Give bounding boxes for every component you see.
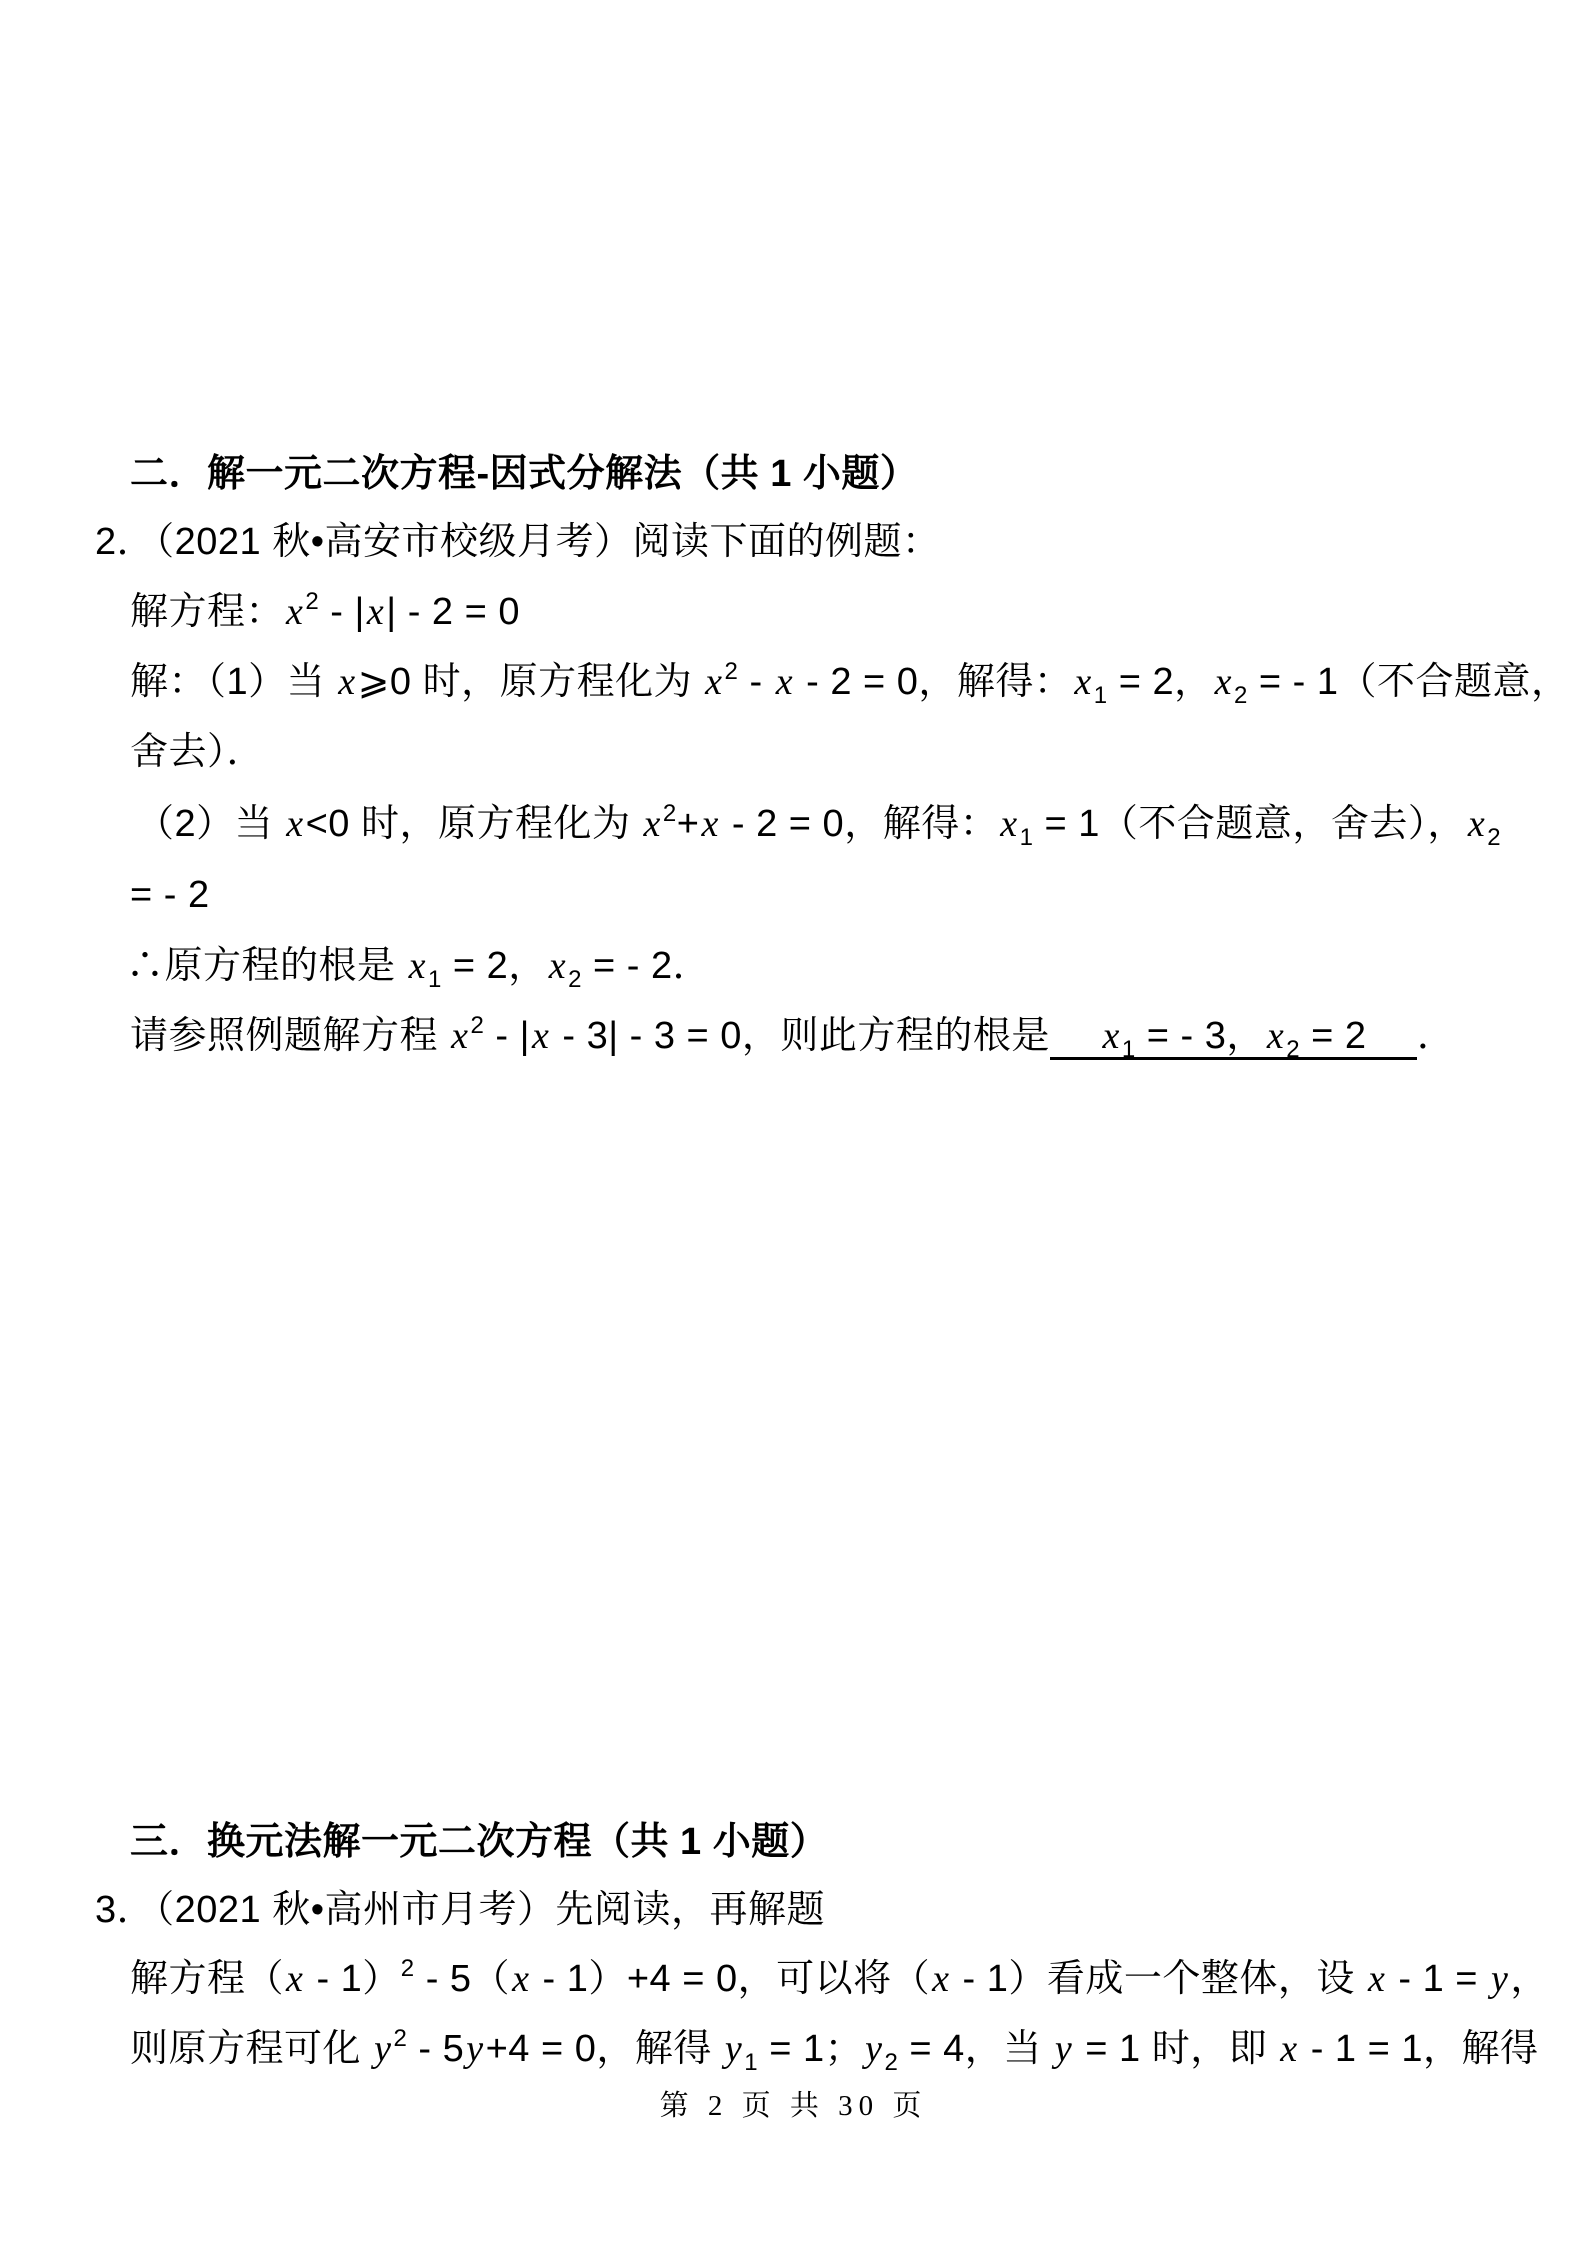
text-segment: （2）当 <box>136 803 284 845</box>
text-segment: <0 时，原方程化为 <box>306 803 642 845</box>
problem-2-conclusion: ∴原方程的根是 x1 = 2，x2 = - 2． <box>126 940 711 997</box>
math-variable: x <box>774 661 795 703</box>
text-segment: 解方程（ <box>130 1958 284 2000</box>
problem-3-body-line1: 解方程（x - 1）2 - 5（x - 1）+4 = 0，可以将（x - 1）看… <box>130 1953 1549 2010</box>
text-segment: = 2， <box>442 945 547 987</box>
superscript: 2 <box>393 2025 407 2052</box>
problem-2-solution-case2-cont: = - 2 <box>130 869 210 921</box>
text-segment: = 2， <box>1108 661 1213 703</box>
text-segment: = - 2． <box>582 945 711 987</box>
text-segment: - 5 <box>407 2028 464 2070</box>
text-segment: + <box>677 803 700 845</box>
problem-2-solution-case2: （2）当 x<0 时，原方程化为 x2+x - 2 = 0，解得：x1 = 1（… <box>136 798 1501 855</box>
subscript: 1 <box>1020 824 1034 851</box>
problem-2-intro: 2．（2021 秋•高安市校级月考）阅读下面的例题： <box>95 516 941 568</box>
text-segment: 3．（2021 秋•高州市月考）先阅读，再解题 <box>95 1889 825 1931</box>
text-segment: - 1）+4 = 0，可以将（ <box>531 1958 930 2000</box>
text-segment: 二．解一元二次方程-因式分解法（共 1 小题） <box>130 453 918 495</box>
math-variable: x <box>998 803 1019 845</box>
math-variable: x <box>365 591 386 633</box>
text-segment: ⩾0 时，原方程化为 <box>358 661 704 703</box>
text-segment: - 3| - 3 = 0，则此方程的根是 <box>551 1015 1050 1057</box>
text-segment: - <box>738 661 773 703</box>
text-segment <box>1367 1015 1406 1057</box>
math-variable: y <box>1489 1958 1510 2000</box>
math-variable: x <box>530 1015 551 1057</box>
subscript: 2 <box>1234 682 1248 709</box>
subscript: 1 <box>1122 1036 1136 1063</box>
text-segment: = - 3， <box>1136 1015 1265 1057</box>
text-segment <box>1062 1015 1101 1057</box>
text-segment: - 5（ <box>415 1958 510 2000</box>
text-segment: | - 2 = 0 <box>386 591 520 633</box>
subscript: 1 <box>744 2049 758 2076</box>
text-segment: ， <box>1510 1958 1549 2000</box>
superscript: 2 <box>725 658 739 685</box>
math-variable: x <box>1265 1015 1286 1057</box>
text-segment: 2．（2021 秋•高安市校级月考）阅读下面的例题： <box>95 521 941 563</box>
math-variable: y <box>1053 2028 1074 2070</box>
math-variable: x <box>1100 1015 1121 1057</box>
text-segment: = 1 时，即 <box>1074 2028 1278 2070</box>
text-segment: - 1） <box>305 1958 400 2000</box>
text-segment: - 1 = <box>1387 1958 1489 2000</box>
math-variable: x <box>1366 1958 1387 2000</box>
text-segment: 请参照例题解方程 <box>130 1015 449 1057</box>
section-2-heading: 二．解一元二次方程-因式分解法（共 1 小题） <box>130 448 918 500</box>
document-page: 二．解一元二次方程-因式分解法（共 1 小题） 2．（2021 秋•高安市校级月… <box>0 0 1587 2245</box>
text-segment: 三．换元法解一元二次方程（共 1 小题） <box>130 1821 828 1863</box>
text-segment: - 2 = 0，解得： <box>721 803 998 845</box>
math-variable: x <box>1213 661 1234 703</box>
math-variable: y <box>723 2028 744 2070</box>
math-variable: x <box>284 1958 305 2000</box>
problem-2-solution-case1-cont: 舍去）． <box>130 726 265 778</box>
text-segment: 解方程： <box>130 591 284 633</box>
text-segment: - | <box>319 591 365 633</box>
text-segment: - 1 = 1，解得 <box>1300 2028 1539 2070</box>
text-segment: = 1（不合题意，舍去）， <box>1033 803 1465 845</box>
math-variable: y <box>863 2028 884 2070</box>
math-variable: x <box>547 945 568 987</box>
text-segment: 解：（1）当 <box>130 661 336 703</box>
math-variable: x <box>930 1958 951 2000</box>
math-variable: x <box>407 945 428 987</box>
problem-3-intro: 3．（2021 秋•高州市月考）先阅读，再解题 <box>95 1884 825 1936</box>
text-segment: - 1）看成一个整体，设 <box>951 1958 1365 2000</box>
superscript: 2 <box>663 800 677 827</box>
subscript: 1 <box>1094 682 1108 709</box>
math-variable: x <box>284 591 305 633</box>
problem-2-solution-case1: 解：（1）当 x⩾0 时，原方程化为 x2 - x - 2 = 0，解得：x1 … <box>130 656 1570 713</box>
problem-3-body-line2: 则原方程可化 y2 - 5y+4 = 0，解得 y1 = 1；y2 = 4，当 … <box>130 2023 1539 2080</box>
math-variable: x <box>642 803 663 845</box>
text-segment: = 1； <box>758 2028 863 2070</box>
math-variable: x <box>510 1958 531 2000</box>
text-segment: = 2 <box>1300 1015 1366 1057</box>
subscript: 2 <box>1286 1036 1300 1063</box>
math-variable: x <box>336 661 357 703</box>
text-segment: = 4，当 <box>898 2028 1053 2070</box>
text-segment: 则原方程可化 <box>130 2028 372 2070</box>
text-segment: = - 2 <box>130 874 210 916</box>
subscript: 2 <box>1487 824 1501 851</box>
subscript: 2 <box>568 966 582 993</box>
problem-2-example-equation: 解方程：x2 - |x| - 2 = 0 <box>130 586 520 643</box>
math-variable: x <box>703 661 724 703</box>
math-variable: x <box>1072 661 1093 703</box>
superscript: 2 <box>305 588 319 615</box>
page-footer: 第 2 页 共 30 页 <box>0 2088 1587 2124</box>
text-segment: = - 1（不合题意， <box>1248 661 1570 703</box>
superscript: 2 <box>401 1955 415 1982</box>
math-variable: x <box>449 1015 470 1057</box>
subscript: 1 <box>428 966 442 993</box>
text-segment: 舍去）． <box>130 731 265 773</box>
math-variable: x <box>284 803 305 845</box>
text-segment: ∴原方程的根是 <box>126 945 407 987</box>
math-variable: y <box>464 2028 485 2070</box>
text-segment: - | <box>484 1015 530 1057</box>
problem-2-task: 请参照例题解方程 x2 - |x - 3| - 3 = 0，则此方程的根是 x1… <box>130 1010 1456 1067</box>
text-segment: ． <box>1417 1015 1456 1057</box>
math-variable: x <box>1466 803 1487 845</box>
answer-blank: x1 = - 3，x2 = 2 <box>1050 1015 1417 1060</box>
math-variable: x <box>1278 2028 1299 2070</box>
text-segment: +4 = 0，解得 <box>486 2028 723 2070</box>
superscript: 2 <box>470 1012 484 1039</box>
math-variable: y <box>372 2028 393 2070</box>
section-3-heading: 三．换元法解一元二次方程（共 1 小题） <box>130 1816 828 1868</box>
text-segment: - 2 = 0，解得： <box>795 661 1072 703</box>
subscript: 2 <box>884 2049 898 2076</box>
math-variable: x <box>699 803 720 845</box>
